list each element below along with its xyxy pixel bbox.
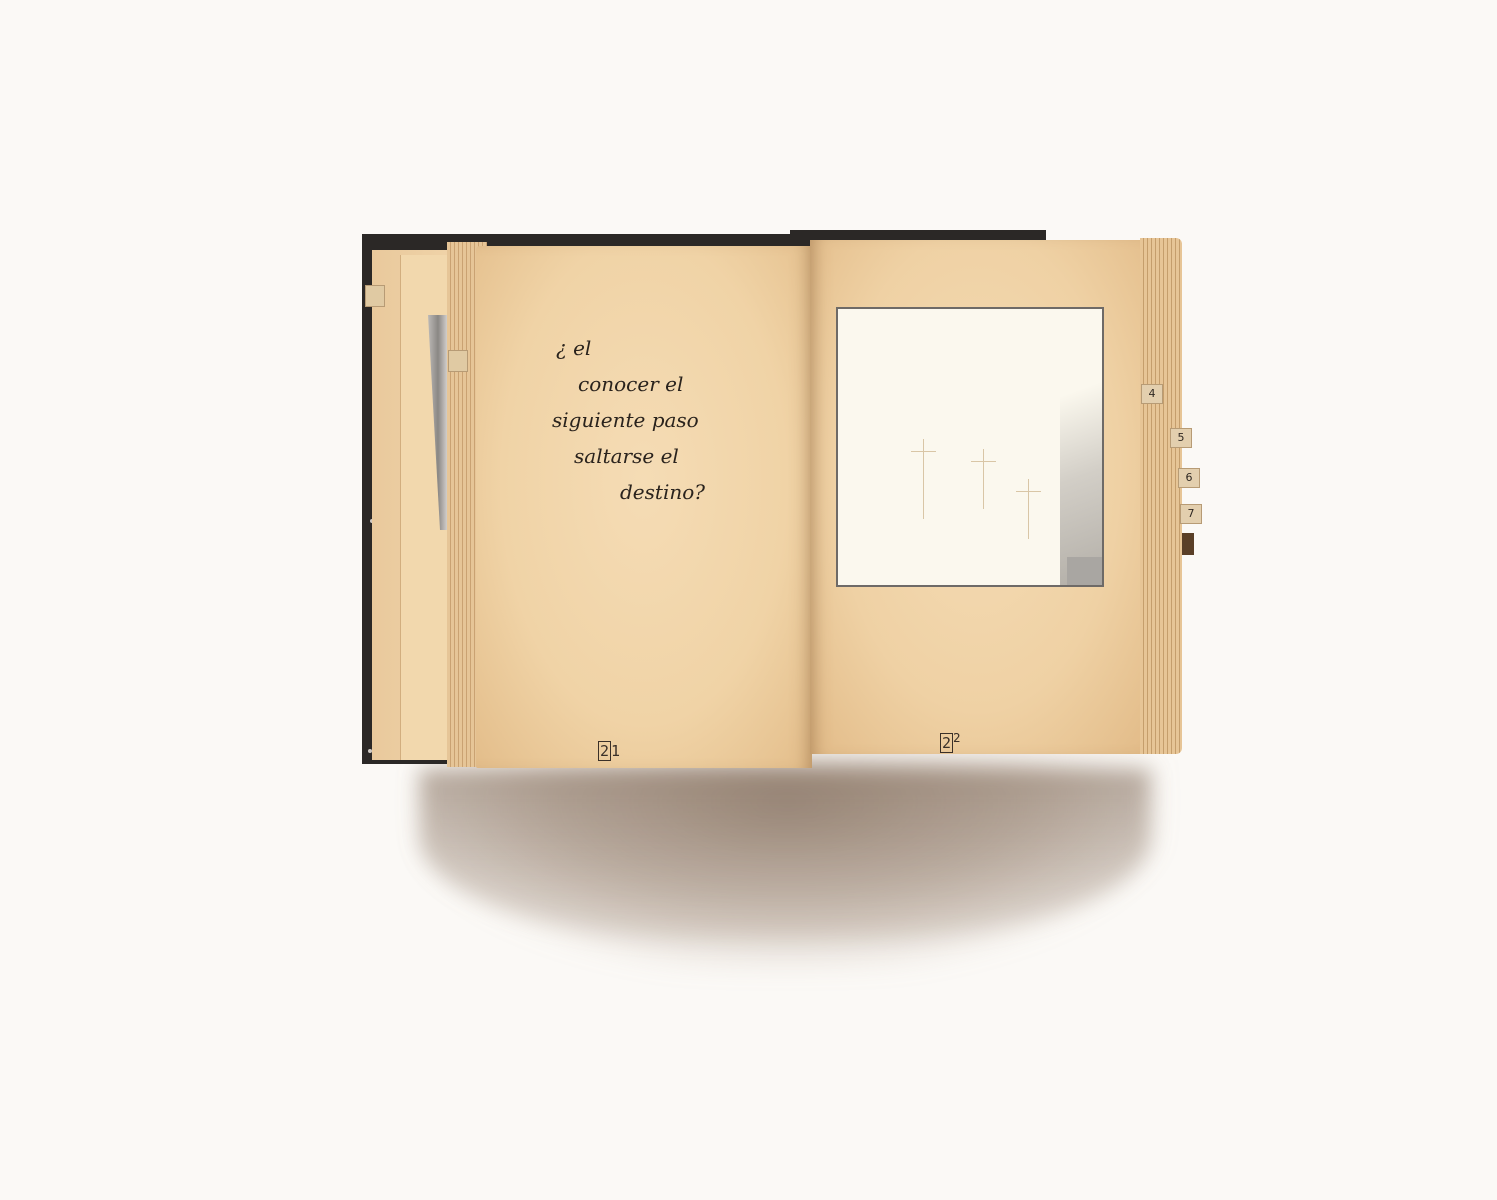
- right-page-number: 22: [940, 730, 961, 752]
- left-stack-tab[interactable]: [448, 350, 468, 372]
- photo-ground: [1067, 557, 1102, 585]
- photograph: [836, 307, 1104, 587]
- tree-branches: [1060, 309, 1102, 585]
- left-page-number: 21: [598, 742, 620, 760]
- index-tab-7[interactable]: 7: [1180, 504, 1202, 524]
- index-tab-4[interactable]: 4: [1141, 384, 1163, 404]
- index-tab-5[interactable]: 5: [1170, 428, 1192, 448]
- handwriting-line: saltarse el: [552, 438, 732, 474]
- cross-mark: [1028, 479, 1029, 539]
- handwriting-line: destino?: [552, 474, 732, 510]
- cross-mark: [983, 449, 984, 509]
- index-tab-dark[interactable]: [1182, 533, 1194, 555]
- handwritten-question: ¿ el conocer el siguiente paso saltarse …: [552, 330, 732, 510]
- handwriting-line: conocer el: [552, 366, 732, 402]
- cross-mark: [923, 439, 924, 519]
- book-shadow-core: [420, 770, 1150, 940]
- right-page-stack: [1140, 238, 1182, 754]
- index-tab-6[interactable]: 6: [1178, 468, 1200, 488]
- left-edge-tab[interactable]: [365, 285, 385, 307]
- handwriting-line: siguiente paso: [552, 402, 732, 438]
- handwriting-line: ¿ el: [552, 330, 732, 366]
